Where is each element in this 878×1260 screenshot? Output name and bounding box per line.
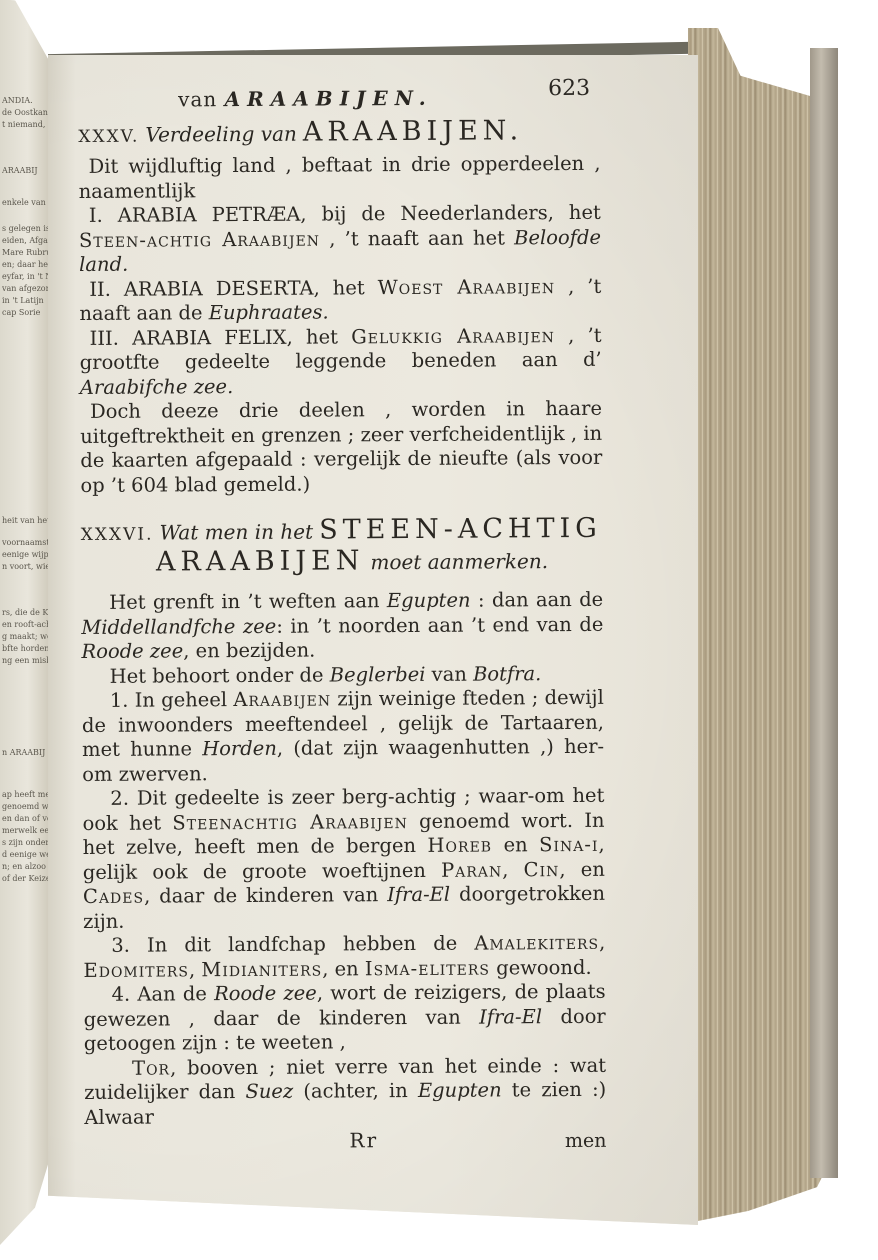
closing-paragraph: Doch deeze drie deelen , worden in haare… bbox=[80, 397, 603, 498]
back-cover-board bbox=[810, 48, 838, 1178]
section-heading-xxxv: XXXV. Verdeeling van ARAABIJEN. bbox=[78, 117, 600, 151]
page-footer: Rr men bbox=[84, 1127, 606, 1156]
paragraph-item-2: 2. Dit gedeelte is zeer berg-achtig ; wa… bbox=[82, 784, 605, 934]
page-number: 623 bbox=[548, 77, 590, 102]
page-text: van ARAABIJEN. 623 XXXV. Verdeeling van … bbox=[78, 77, 607, 1156]
left-page-text-top: ANDIA. de Oostkant t niemand, ng ARAABIJ… bbox=[2, 95, 48, 319]
running-head: van ARAABIJEN. 623 bbox=[78, 77, 600, 114]
list-item-arabia-petraea: I. ARABIA PETRÆA, bij de Neederlanders, … bbox=[79, 201, 601, 278]
paragraph-beglerbei: Het behoort onder de Beglerbei van Botfr… bbox=[82, 661, 604, 689]
paragraph-tor: Tor, booven ; niet verre van het einde :… bbox=[84, 1053, 606, 1130]
list-item-arabia-deserta: II. ARABIA DESERTA, het Woest Araabijen … bbox=[79, 274, 601, 326]
paragraph-item-3: 3. In dit landfchap hebben de Amalekiter… bbox=[83, 931, 605, 983]
left-page-text-middle: heit van het voornaamste eenige wijpod n… bbox=[2, 515, 48, 885]
running-head-title: van ARAABIJEN. bbox=[178, 86, 433, 112]
signature-mark: Rr bbox=[349, 1128, 378, 1153]
paragraph-borders: Het grenft in ’t weften aan Egupten : da… bbox=[81, 588, 603, 665]
book-photo: ANDIA. de Oostkant t niemand, ng ARAABIJ… bbox=[0, 0, 878, 1260]
paragraph-item-4: 4. Aan de Roode zee, wort de reizigers, … bbox=[84, 980, 606, 1057]
section-heading-xxxvi: XXXVI. Wat men in het STEEN-ACHTIG ARAAB… bbox=[81, 515, 603, 579]
list-item-arabia-felix: III. ARABIA FELIX, het Gelukkig Araabije… bbox=[80, 323, 602, 400]
paragraph-item-1: 1. In geheel Araabijen zijn weinige fted… bbox=[82, 686, 605, 787]
left-page-curl: ANDIA. de Oostkant t niemand, ng ARAABIJ… bbox=[0, 0, 50, 1245]
catchword: men bbox=[565, 1129, 607, 1154]
intro-paragraph: Dit wijdluftig land , beftaat in drie op… bbox=[78, 152, 600, 204]
